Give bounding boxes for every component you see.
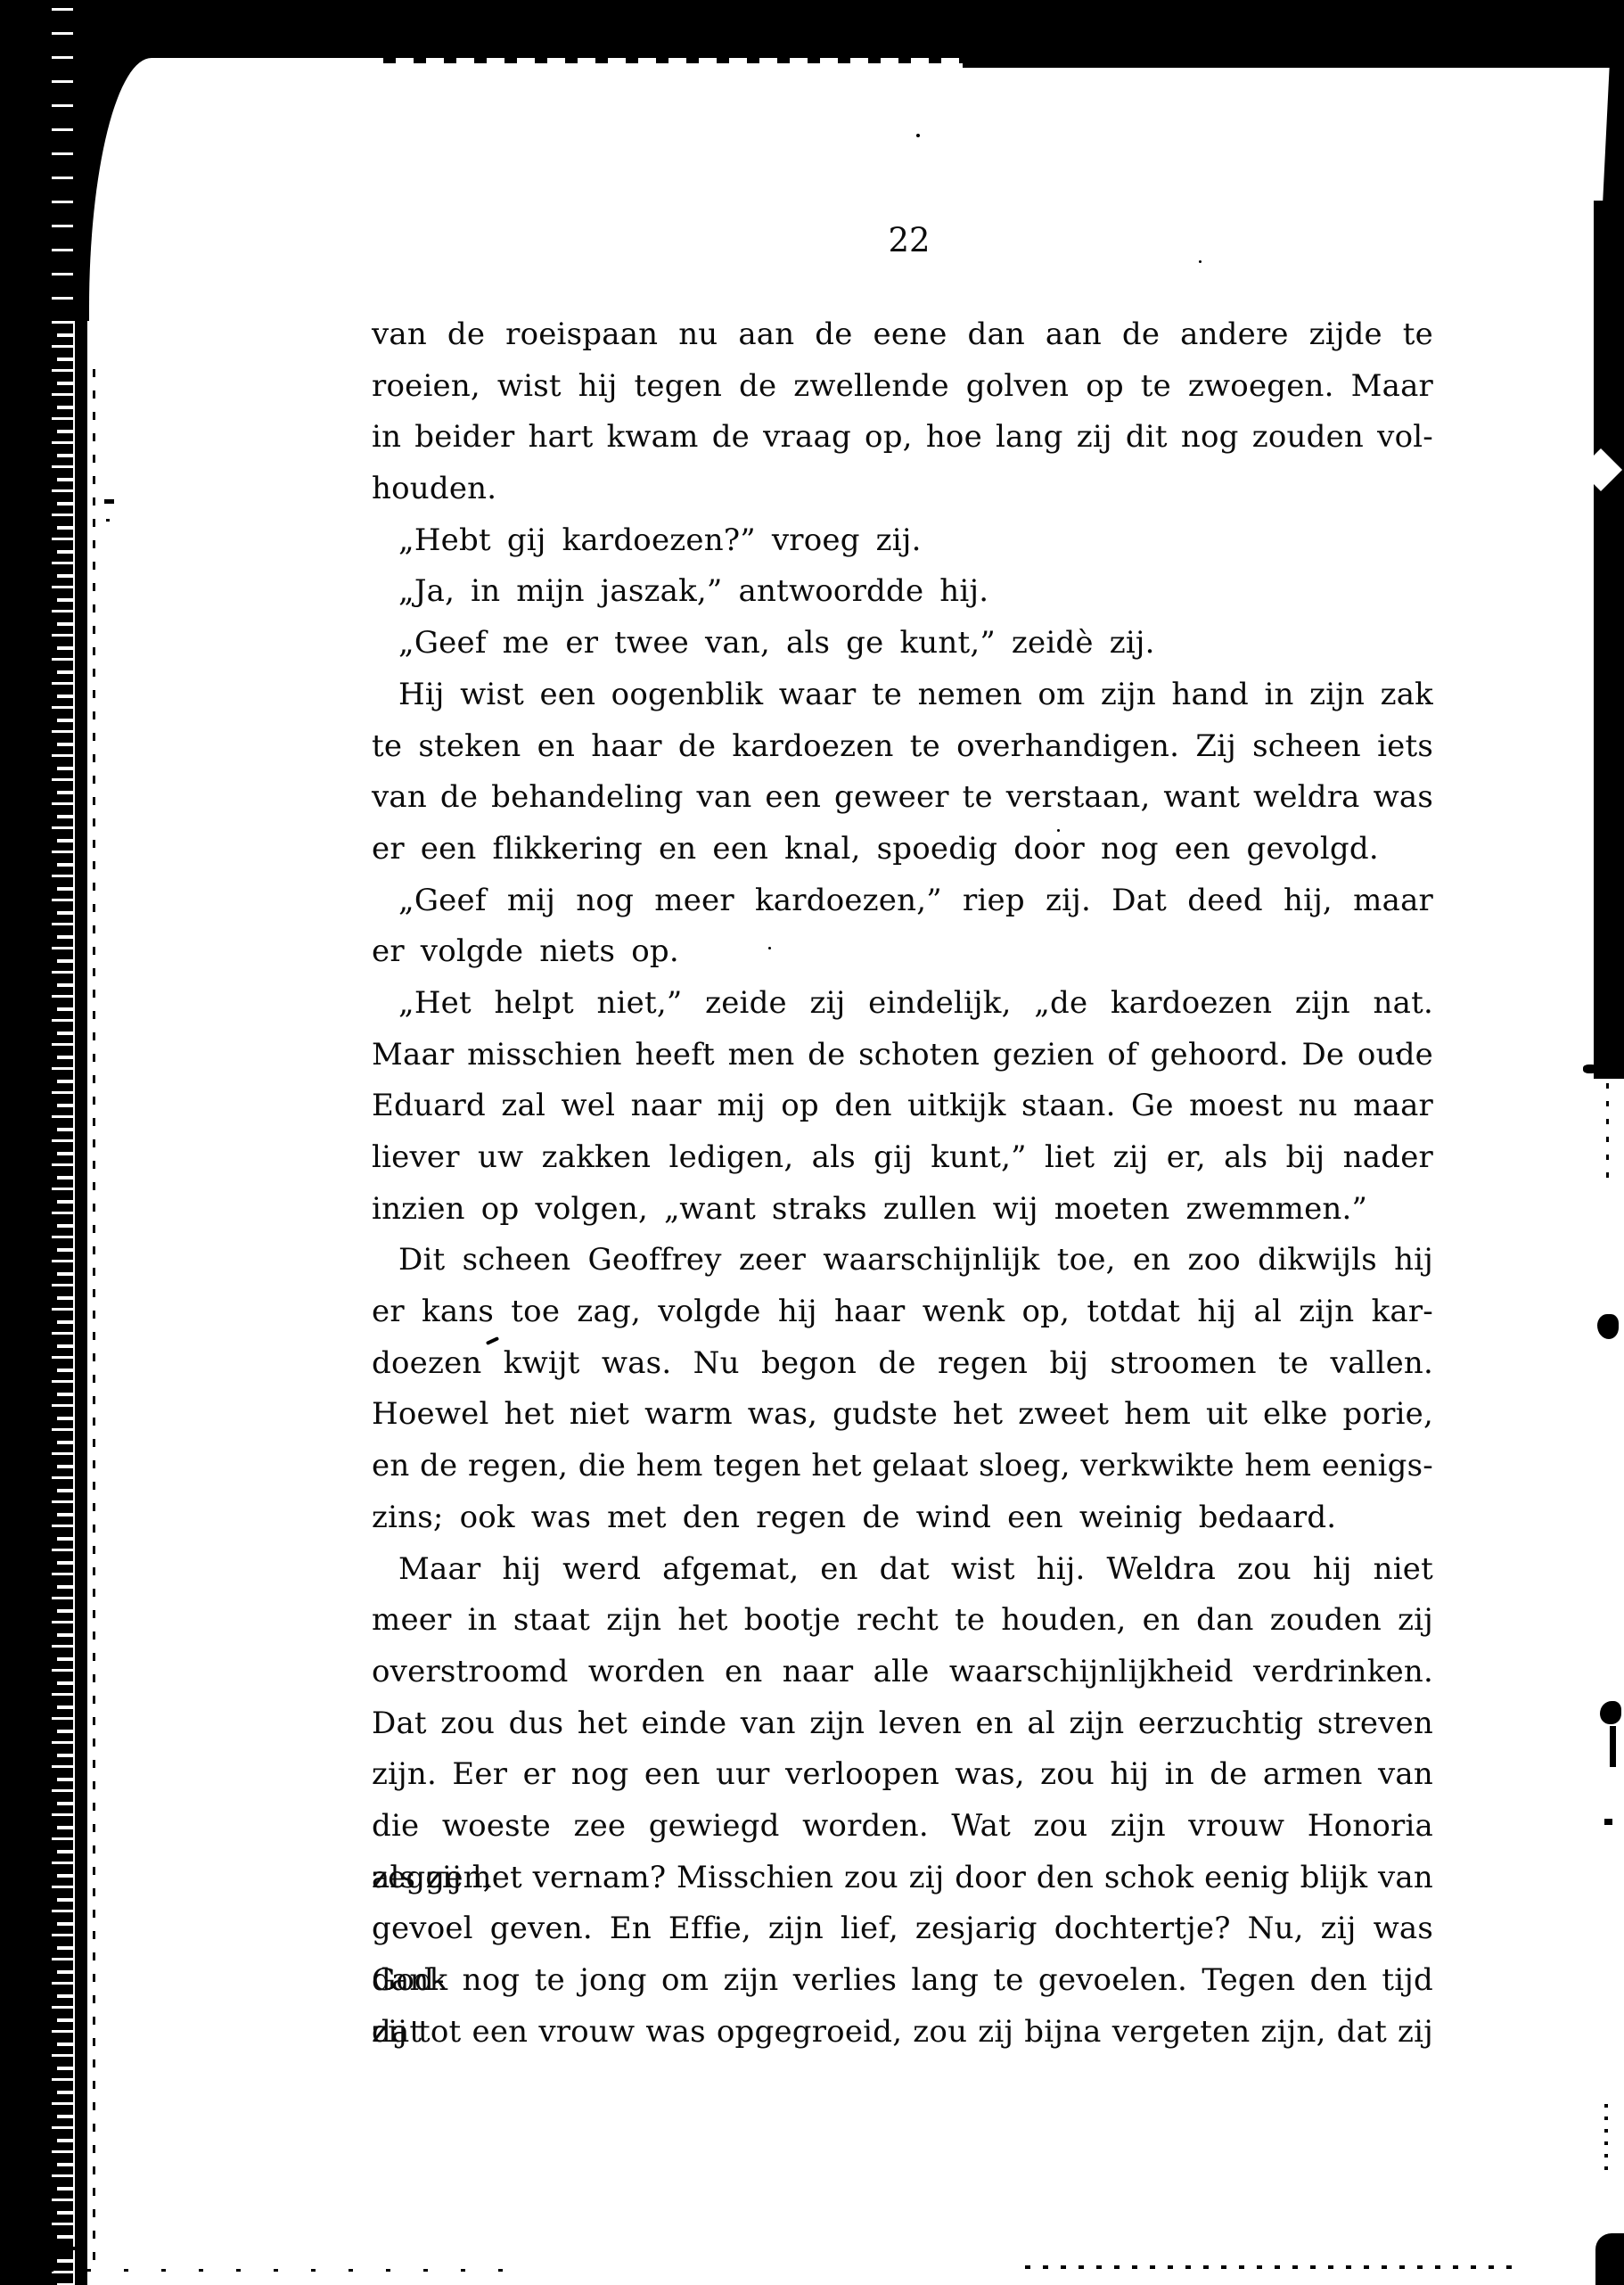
scan-blob-right-2 — [1600, 1701, 1621, 1724]
text-line: liever uw zakken ledigen, als gij kunt,”… — [372, 1132, 1433, 1184]
scan-noise-bottom-right — [1025, 2265, 1524, 2269]
scan-noise-left-strip — [52, 0, 73, 2285]
text-line: er kans toe zag, volgde hij haar wenk op… — [372, 1286, 1433, 1338]
scan-mark-bottom-left — [46, 2247, 87, 2250]
text-line: te steken en haar de kardoezen te overha… — [372, 721, 1433, 773]
text-line: Dat zou dus het einde van zijn leven en … — [372, 1698, 1433, 1750]
text-line: „Geef mij nog meer kardoezen,” riep zij.… — [372, 875, 1433, 927]
text-line: als zij het vernam? Misschien zou zij do… — [372, 1853, 1433, 1904]
scan-mark-right-bar — [1610, 1726, 1616, 1767]
text-line: van de behandeling van een geweer te ver… — [372, 772, 1433, 824]
scan-border-top-right — [963, 0, 1624, 68]
text-line: er volgde niets op. — [372, 926, 1433, 978]
text-line: overstroomd worden en naar alle waarschi… — [372, 1647, 1433, 1698]
text-line: „Hebt gij kardoezen?” vroeg zij. — [372, 515, 1433, 567]
text-line: zins; ook was met den regen de wind een … — [372, 1492, 1433, 1544]
text-line: dank nog te jong om zijn verlies lang te… — [372, 1955, 1433, 2007]
text-line: „Geef me er twee van, als ge kunt,” zeid… — [372, 618, 1433, 670]
scan-margin-dash — [104, 499, 114, 504]
text-line: inzien op volgen, „want straks zullen wi… — [372, 1184, 1433, 1236]
scan-gutter-dotted-line — [93, 348, 95, 2269]
text-line: zijn. Eer er nog een uur verloopen was, … — [372, 1749, 1433, 1801]
text-line: „Het helpt niet,” zeide zij eindelijk, „… — [372, 978, 1433, 1030]
text-line: „Ja, in mijn jaszak,” antwoordde hij. — [372, 566, 1433, 618]
scan-gutter-bar — [75, 107, 87, 2285]
scan-border-right-wedge — [1603, 53, 1624, 205]
scan-border-left — [0, 0, 57, 2285]
text-line: Eduard zal wel naar mij op den uitkijk s… — [372, 1081, 1433, 1132]
text-line: houden. — [372, 464, 1433, 515]
text-line: roeien, wist hij tegen de zwellende golv… — [372, 361, 1433, 413]
scan-noise-right-column — [1604, 2104, 1608, 2175]
text-line: er een flikkering en een knal, spoedig d… — [372, 824, 1433, 875]
paper-speck — [916, 134, 920, 137]
scan-speck-right-1 — [1583, 1064, 1597, 1073]
page-number: 22 — [856, 221, 963, 260]
text-line: die woeste zee gewiegd worden. Wat zou z… — [372, 1801, 1433, 1853]
text-line: Hij wist een oogenblik waar te nemen om … — [372, 670, 1433, 721]
scan-margin-tick — [106, 519, 110, 522]
scan-noise-top-fuzz — [383, 55, 972, 63]
text-line: en de regen, die hem tegen het gelaat sl… — [372, 1441, 1433, 1492]
text-line: Maar misschien heeft men de schoten gezi… — [372, 1030, 1433, 1081]
scan-noise-bottom-left — [49, 2269, 513, 2272]
text-line: Dit scheen Geoffrey zeer waarschijnlijk … — [372, 1235, 1433, 1286]
scan-noise-right-dots — [1606, 1083, 1609, 1181]
text-line: meer in staat zijn het bootje recht te h… — [372, 1595, 1433, 1647]
text-line: in beider hart kwam de vraag op, hoe lan… — [372, 412, 1433, 464]
text-line: Maar hij werd afgemat, en dat wist hij. … — [372, 1544, 1433, 1596]
page-corner-curve — [89, 58, 357, 361]
scanned-book-page: 22 van de roeispaan nu aan de eene dan a… — [0, 0, 1624, 2285]
text-line: zij tot een vrouw was opgegroeid, zou zi… — [372, 2007, 1433, 2059]
text-line: Hoewel het niet warm was, gudste het zwe… — [372, 1389, 1433, 1441]
scan-corner-bottom-right — [1595, 2233, 1624, 2285]
scan-speck-right-2 — [1604, 1819, 1612, 1825]
text-line: van de roeispaan nu aan de eene dan aan … — [372, 309, 1433, 361]
scan-border-right — [1594, 201, 1624, 1079]
paper-speck — [1199, 260, 1202, 263]
scan-blob-right-1 — [1597, 1314, 1619, 1339]
text-line: gevoel geven. En Effie, zijn lief, zesja… — [372, 1903, 1433, 1955]
text-line: doezen kwijt was. Nu begon de regen bij … — [372, 1338, 1433, 1390]
body-text-block: van de roeispaan nu aan de eene dan aan … — [372, 309, 1433, 2058]
